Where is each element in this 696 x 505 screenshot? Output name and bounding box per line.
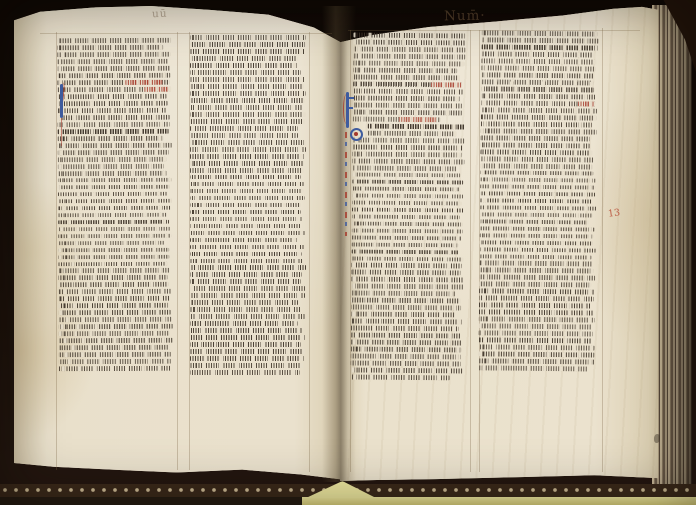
gothic-text-line bbox=[190, 363, 303, 368]
gothic-text-line bbox=[353, 33, 465, 39]
gothic-text-line bbox=[190, 203, 301, 208]
manuscript-photo: uū Num̄· 13 bbox=[0, 0, 696, 505]
text-column bbox=[57, 38, 177, 372]
gothic-text-line bbox=[59, 345, 171, 350]
gothic-text-line bbox=[190, 70, 301, 75]
gothic-text-line bbox=[480, 212, 593, 218]
gothic-text-line bbox=[352, 193, 463, 199]
gothic-text-line bbox=[480, 219, 589, 225]
ink-smudge bbox=[654, 434, 660, 443]
gothic-text-line bbox=[353, 67, 457, 73]
gothic-text-line bbox=[351, 312, 455, 318]
gothic-text-line bbox=[57, 52, 170, 57]
gothic-text-line bbox=[352, 242, 459, 248]
gothic-text-line bbox=[352, 214, 460, 220]
gothic-text-line bbox=[190, 77, 305, 82]
gothic-text-line bbox=[351, 298, 461, 304]
gothic-text-line bbox=[58, 136, 164, 141]
gothic-text-line bbox=[190, 259, 303, 264]
gothic-text-line bbox=[352, 165, 456, 171]
gothic-text-line bbox=[481, 135, 590, 141]
gothic-text-line bbox=[351, 284, 463, 290]
gothic-text-line bbox=[352, 186, 459, 192]
gothic-text-line bbox=[58, 268, 169, 273]
blue-initial-arm bbox=[348, 97, 354, 99]
gothic-text-line bbox=[58, 170, 167, 175]
gothic-text-line bbox=[57, 87, 171, 92]
ruling-line bbox=[40, 33, 332, 34]
gothic-text-line bbox=[190, 42, 306, 47]
gothic-text-line bbox=[190, 217, 303, 222]
gothic-text-line bbox=[482, 30, 598, 36]
gothic-text-line bbox=[351, 368, 463, 374]
gothic-text-line bbox=[352, 158, 464, 164]
gothic-text-line bbox=[58, 296, 169, 301]
gothic-text-line bbox=[353, 46, 465, 52]
gothic-text-line bbox=[351, 347, 462, 353]
flourished-initial-left bbox=[56, 82, 67, 126]
gothic-text-line bbox=[481, 93, 595, 99]
gothic-text-line bbox=[59, 338, 173, 343]
gothic-text-line bbox=[353, 53, 465, 59]
margin-numeral: 13 bbox=[607, 207, 620, 219]
gothic-text-line bbox=[353, 88, 463, 94]
gothic-text-line bbox=[479, 289, 595, 295]
gothic-text-line bbox=[190, 224, 301, 229]
gothic-text-line bbox=[190, 35, 306, 40]
gothic-text-line bbox=[58, 254, 169, 259]
gothic-text-line bbox=[58, 184, 170, 189]
gothic-text-line bbox=[58, 142, 172, 147]
gothic-text-line bbox=[58, 219, 169, 224]
margin-flourish-tail bbox=[345, 132, 347, 236]
gothic-text-line bbox=[368, 123, 464, 129]
gothic-text-line bbox=[353, 95, 460, 101]
gothic-text-line bbox=[59, 303, 170, 308]
gothic-text-line bbox=[480, 170, 593, 176]
gothic-text-line bbox=[480, 240, 594, 246]
gothic-text-line bbox=[190, 189, 304, 194]
gothic-text-line bbox=[190, 231, 305, 236]
gothic-text-line bbox=[190, 168, 305, 173]
gothic-text-line bbox=[190, 147, 306, 152]
gothic-text-line bbox=[351, 326, 459, 332]
gothic-text-line bbox=[481, 72, 593, 78]
gothic-text-line bbox=[351, 333, 461, 339]
gothic-text-line bbox=[351, 263, 461, 269]
blue-initial-arm bbox=[348, 107, 353, 109]
gothic-text-line bbox=[58, 289, 171, 294]
gothic-text-line bbox=[58, 261, 168, 266]
gothic-text-line bbox=[479, 275, 595, 281]
gothic-text-line bbox=[57, 94, 166, 99]
gothic-text-line bbox=[479, 296, 594, 302]
gothic-text-line bbox=[58, 198, 172, 203]
red-rubric-fragment bbox=[126, 79, 163, 85]
gothic-text-line bbox=[190, 342, 301, 347]
gothic-text-line bbox=[480, 149, 592, 155]
gothic-text-line bbox=[57, 38, 171, 43]
gothic-text-line bbox=[481, 121, 593, 127]
gothic-text-line bbox=[190, 335, 305, 340]
gothic-text-line bbox=[480, 177, 596, 183]
gothic-text-line bbox=[353, 116, 441, 122]
gothic-text-line bbox=[352, 228, 463, 234]
gothic-text-line bbox=[57, 80, 169, 85]
gothic-text-line bbox=[480, 191, 595, 197]
gothic-text-line bbox=[352, 235, 462, 241]
gothic-text-line bbox=[59, 359, 171, 364]
gothic-text-line bbox=[190, 300, 298, 305]
gothic-text-line bbox=[352, 179, 463, 185]
gothic-text-line bbox=[57, 59, 168, 64]
gothic-text-line bbox=[481, 86, 594, 92]
gothic-text-line bbox=[190, 49, 305, 54]
ruling-line bbox=[177, 32, 178, 470]
gothic-text-line bbox=[58, 233, 171, 238]
gothic-text-line bbox=[190, 272, 302, 277]
gothic-text-line bbox=[190, 238, 298, 243]
gothic-text-line bbox=[353, 102, 462, 108]
ruling-line bbox=[470, 30, 471, 472]
gothic-text-line bbox=[59, 310, 171, 315]
red-flourish-tail bbox=[61, 118, 62, 146]
gothic-text-line bbox=[58, 177, 172, 182]
gothic-text-line bbox=[352, 249, 459, 255]
gothic-text-line bbox=[481, 65, 596, 71]
gothic-text-line bbox=[479, 303, 591, 309]
gothic-text-line bbox=[351, 277, 463, 283]
gothic-text-line bbox=[190, 314, 305, 319]
gothic-text-line bbox=[481, 128, 597, 134]
gothic-text-line bbox=[353, 60, 464, 66]
gothic-text-line bbox=[479, 317, 595, 323]
gothic-text-line bbox=[190, 105, 302, 110]
gothic-text-line bbox=[480, 156, 593, 162]
gothic-text-line bbox=[351, 361, 461, 367]
gothic-text-line bbox=[59, 324, 173, 329]
gothic-text-line bbox=[190, 91, 306, 96]
gothic-text-line bbox=[190, 84, 304, 89]
gothic-text-line bbox=[58, 122, 170, 127]
gothic-text-line bbox=[353, 137, 465, 143]
gothic-text-line bbox=[190, 133, 298, 138]
gothic-text-line bbox=[478, 345, 594, 351]
gothic-text-line bbox=[190, 349, 305, 354]
gothic-text-line bbox=[190, 63, 298, 68]
gothic-text-line bbox=[57, 101, 167, 106]
gothic-text-line bbox=[353, 39, 465, 45]
round-initial bbox=[350, 128, 363, 141]
gothic-text-line bbox=[190, 56, 298, 61]
gothic-text-line bbox=[190, 182, 304, 187]
gothic-text-line bbox=[479, 282, 591, 288]
binding-tail-shadow bbox=[0, 497, 302, 505]
gothic-text-line bbox=[482, 51, 595, 57]
binding-tail-band bbox=[302, 497, 696, 505]
gothic-text-line bbox=[190, 126, 298, 131]
gothic-text-line bbox=[351, 305, 461, 311]
gothic-text-line bbox=[58, 129, 169, 134]
gothic-text-line bbox=[481, 114, 597, 120]
gothic-text-line bbox=[350, 375, 449, 381]
gothic-text-line bbox=[480, 198, 592, 204]
gothic-text-line bbox=[351, 291, 455, 297]
gothic-text-line bbox=[190, 356, 304, 361]
gothic-text-line bbox=[190, 252, 302, 257]
gothic-text-line bbox=[351, 270, 460, 276]
gothic-text-line bbox=[353, 109, 462, 115]
gothic-text-line bbox=[190, 98, 305, 103]
red-rubric-fragment bbox=[431, 82, 462, 88]
gothic-text-line bbox=[353, 81, 462, 87]
gothic-text-line bbox=[478, 352, 594, 358]
gothic-text-line bbox=[190, 119, 305, 124]
gothic-text-line bbox=[481, 107, 597, 113]
gothic-text-line bbox=[352, 172, 460, 178]
text-column bbox=[478, 30, 603, 371]
red-rubric-fragment bbox=[145, 86, 169, 92]
ruling-line bbox=[602, 28, 603, 472]
gothic-text-line bbox=[58, 191, 167, 196]
gothic-text-line bbox=[190, 245, 305, 250]
gothic-text-line bbox=[480, 163, 592, 169]
gothic-text-line bbox=[190, 210, 301, 215]
gothic-text-line bbox=[190, 370, 300, 375]
gothic-text-line bbox=[58, 226, 170, 231]
gothic-text-line bbox=[351, 319, 462, 325]
gothic-text-line bbox=[57, 73, 170, 78]
gothic-text-line bbox=[57, 45, 163, 50]
gothic-text-line bbox=[57, 108, 166, 113]
gothic-text-line bbox=[190, 154, 305, 159]
gothic-text-line bbox=[482, 37, 599, 43]
gothic-text-line bbox=[58, 212, 167, 217]
gothic-text-line bbox=[481, 100, 596, 106]
gothic-text-line bbox=[190, 279, 301, 284]
gothic-text-line bbox=[58, 115, 170, 120]
gothic-text-line bbox=[351, 354, 462, 360]
gothic-text-line bbox=[58, 205, 171, 210]
gothic-text-line bbox=[479, 247, 596, 253]
gothic-text-line bbox=[352, 256, 464, 262]
gothic-text-line bbox=[57, 66, 170, 71]
text-column bbox=[190, 35, 310, 375]
gothic-text-line bbox=[58, 240, 164, 245]
gothic-text-line bbox=[190, 307, 301, 312]
gothic-text-line bbox=[479, 261, 592, 267]
gothic-text-line bbox=[482, 44, 599, 50]
gothic-text-line bbox=[190, 328, 302, 333]
gothic-text-line bbox=[190, 321, 298, 326]
gothic-text-line bbox=[481, 79, 593, 85]
red-center-dot bbox=[354, 132, 358, 136]
gothic-text-line bbox=[59, 331, 170, 336]
gothic-text-line bbox=[481, 58, 596, 64]
gothic-text-line bbox=[353, 74, 460, 80]
gothic-text-line bbox=[351, 340, 462, 346]
gothic-text-line bbox=[352, 200, 462, 206]
gothic-text-line bbox=[352, 151, 461, 157]
flourished-initial-right bbox=[343, 92, 355, 132]
gothic-text-line bbox=[479, 338, 592, 344]
blue-initial-stroke bbox=[60, 84, 63, 118]
gothic-text-line bbox=[480, 233, 594, 239]
gothic-text-line bbox=[58, 275, 167, 280]
gothic-text-line bbox=[352, 221, 463, 227]
gothic-text-line bbox=[190, 293, 305, 298]
gothic-text-line bbox=[59, 366, 171, 371]
gothic-text-line bbox=[190, 161, 304, 166]
gothic-text-line bbox=[479, 324, 592, 330]
gothic-text-line bbox=[368, 130, 457, 136]
gothic-text-line bbox=[190, 175, 301, 180]
text-column bbox=[350, 33, 469, 381]
gothic-text-line bbox=[190, 140, 306, 145]
gothic-text-line bbox=[59, 352, 171, 357]
gothic-text-line bbox=[190, 265, 306, 270]
running-title-right: Num̄· bbox=[444, 8, 486, 25]
gothic-text-line bbox=[58, 282, 168, 287]
gothic-text-line bbox=[481, 142, 590, 148]
gothic-text-line bbox=[352, 144, 462, 150]
gothic-text-line bbox=[58, 149, 169, 154]
page-fore-edge-stack bbox=[652, 5, 692, 484]
gothic-text-line bbox=[479, 310, 594, 316]
gothic-text-line bbox=[190, 112, 306, 117]
gothic-text-line bbox=[58, 247, 169, 252]
gothic-text-line bbox=[478, 359, 594, 365]
gothic-text-line bbox=[190, 196, 305, 201]
gothic-text-line bbox=[190, 286, 305, 291]
gothic-text-line bbox=[479, 268, 593, 274]
gothic-text-line bbox=[58, 163, 164, 168]
gothic-text-line bbox=[479, 254, 591, 260]
running-title-left: uū bbox=[152, 8, 168, 21]
gothic-text-line bbox=[352, 207, 464, 213]
red-rubric-fragment bbox=[578, 101, 595, 107]
gothic-text-line bbox=[480, 226, 595, 232]
gothic-text-line bbox=[480, 205, 597, 211]
gothic-text-line bbox=[480, 184, 595, 190]
gothic-text-line bbox=[58, 156, 167, 161]
gothic-text-line bbox=[59, 317, 172, 322]
gothic-text-line bbox=[479, 331, 593, 337]
red-rubric-fragment bbox=[399, 116, 436, 122]
